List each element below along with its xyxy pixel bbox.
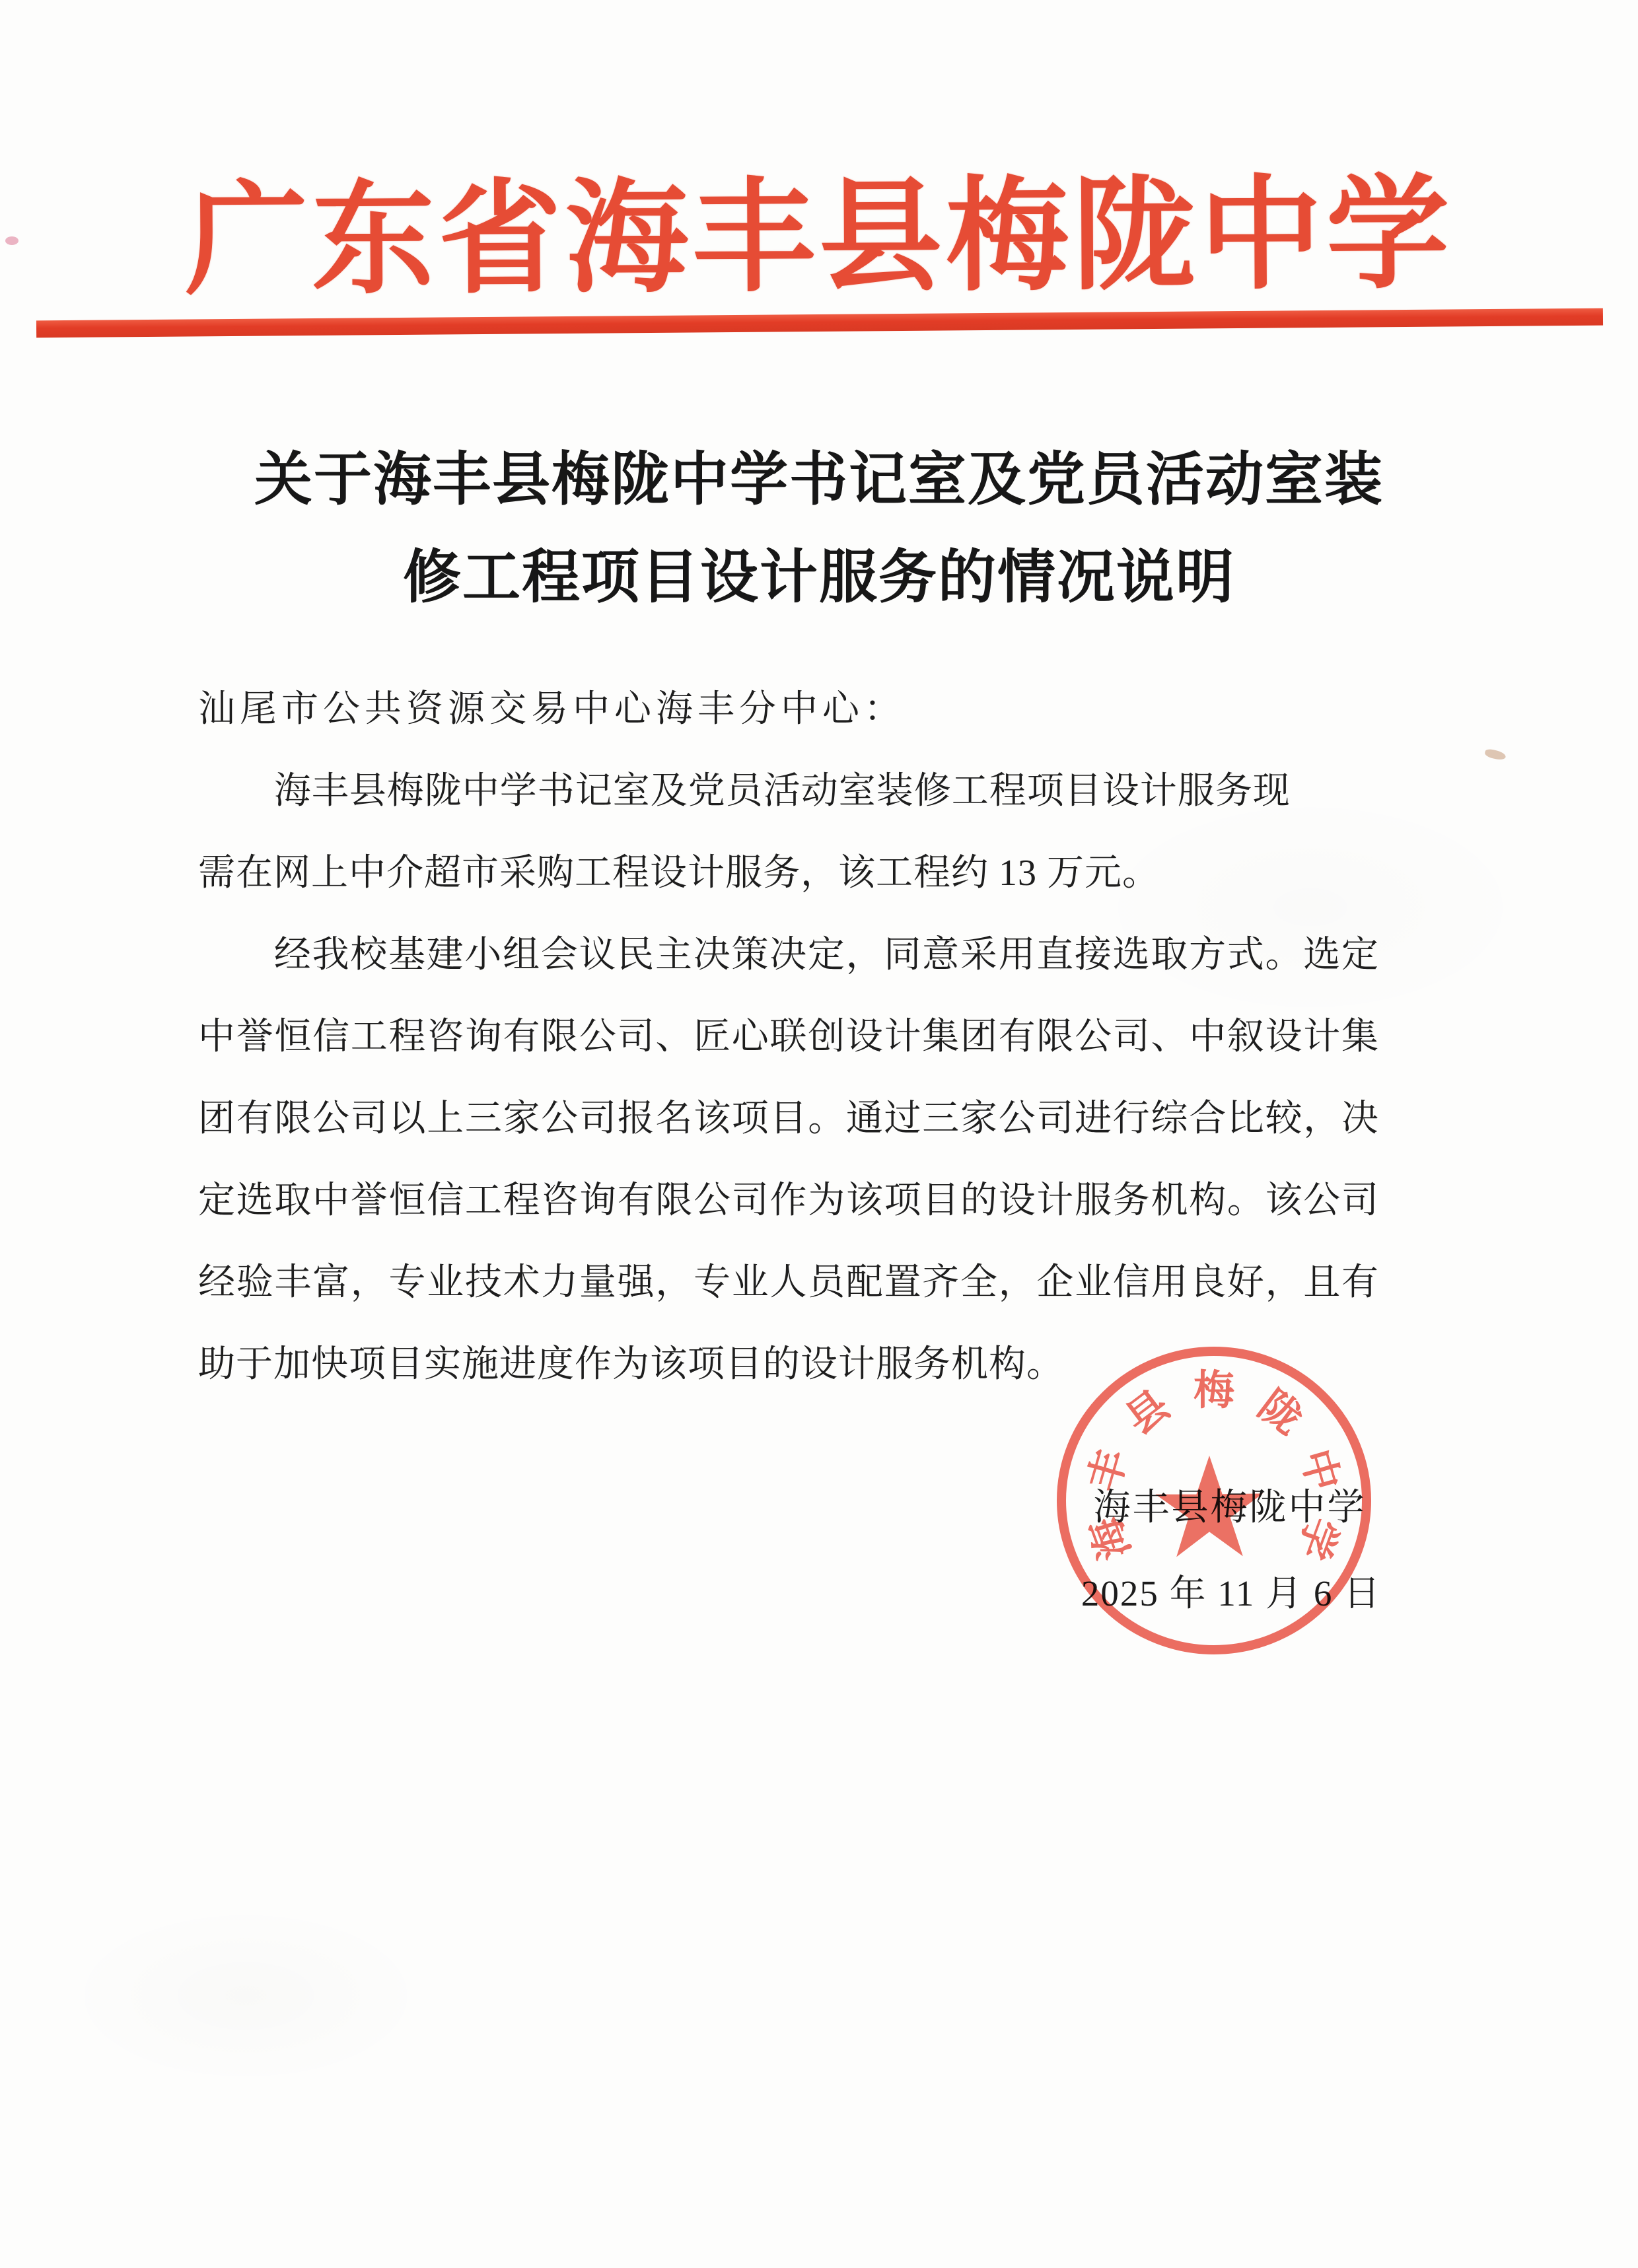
seal-character: 学 (1289, 1511, 1345, 1565)
document-title-line-2: 修工程项目设计服务的情况说明 (0, 528, 1638, 626)
body-line: 经我校基建小组会议民主决策决定，同意采用直接选取方式。选定 (198, 914, 1379, 996)
body-line: 团有限公司以上三家公司报名该项目。通过三家公司进行综合比较，决 (198, 1078, 1379, 1160)
letterhead-school-name: 广东省海丰县梅陇中学 (0, 135, 1638, 320)
body-line: 需在网上中介超市采购工程设计服务，该工程约 13 万元。 (198, 832, 1379, 914)
seal-character: 海 (1082, 1511, 1139, 1565)
body-line: 经验丰富，专业技术力量强，专业人员配置齐全，企业信用良好，且有 (198, 1242, 1379, 1324)
body-line: 中誉恒信工程咨询有限公司、匠心联创设计集团有限公司、中叙设计集 (198, 996, 1379, 1078)
seal-character: 梅 (1193, 1368, 1234, 1413)
document-title-line-1: 关于海丰县梅陇中学书记室及党员活动室装 (0, 431, 1638, 528)
seal-character: 中 (1292, 1444, 1346, 1496)
document-title: 关于海丰县梅陇中学书记室及党员活动室装 修工程项目设计服务的情况说明 (0, 431, 1638, 626)
scan-artifact-beige-speck (1484, 748, 1507, 761)
body-line: 定选取中誉恒信工程咨询有限公司作为该项目的设计服务机构。该公司 (198, 1160, 1379, 1242)
body-line: 海丰县梅陇中学书记室及党员活动室装修工程项目设计服务现 (198, 750, 1379, 832)
scanned-letter-page: 广东省海丰县梅陇中学 关于海丰县梅陇中学书记室及党员活动室装 修工程项目设计服务… (0, 0, 1638, 2268)
seal-arc-text: 海丰县梅陇中学 (1081, 1368, 1347, 1565)
official-seal-stamp: 海丰县梅陇中学 (1049, 1341, 1379, 1664)
seal-character: 丰 (1081, 1444, 1135, 1496)
seal-star-icon (1155, 1456, 1263, 1557)
letter-body: 汕尾市公共资源交易中心海丰分中心：海丰县梅陇中学书记室及党员活动室装修工程项目设… (198, 668, 1379, 1405)
seal-character: 陇 (1250, 1383, 1310, 1444)
scan-artifact-pink-dot (5, 236, 18, 245)
salutation-line: 汕尾市公共资源交易中心海丰分中心： (198, 668, 1379, 750)
seal-character: 县 (1118, 1383, 1178, 1444)
